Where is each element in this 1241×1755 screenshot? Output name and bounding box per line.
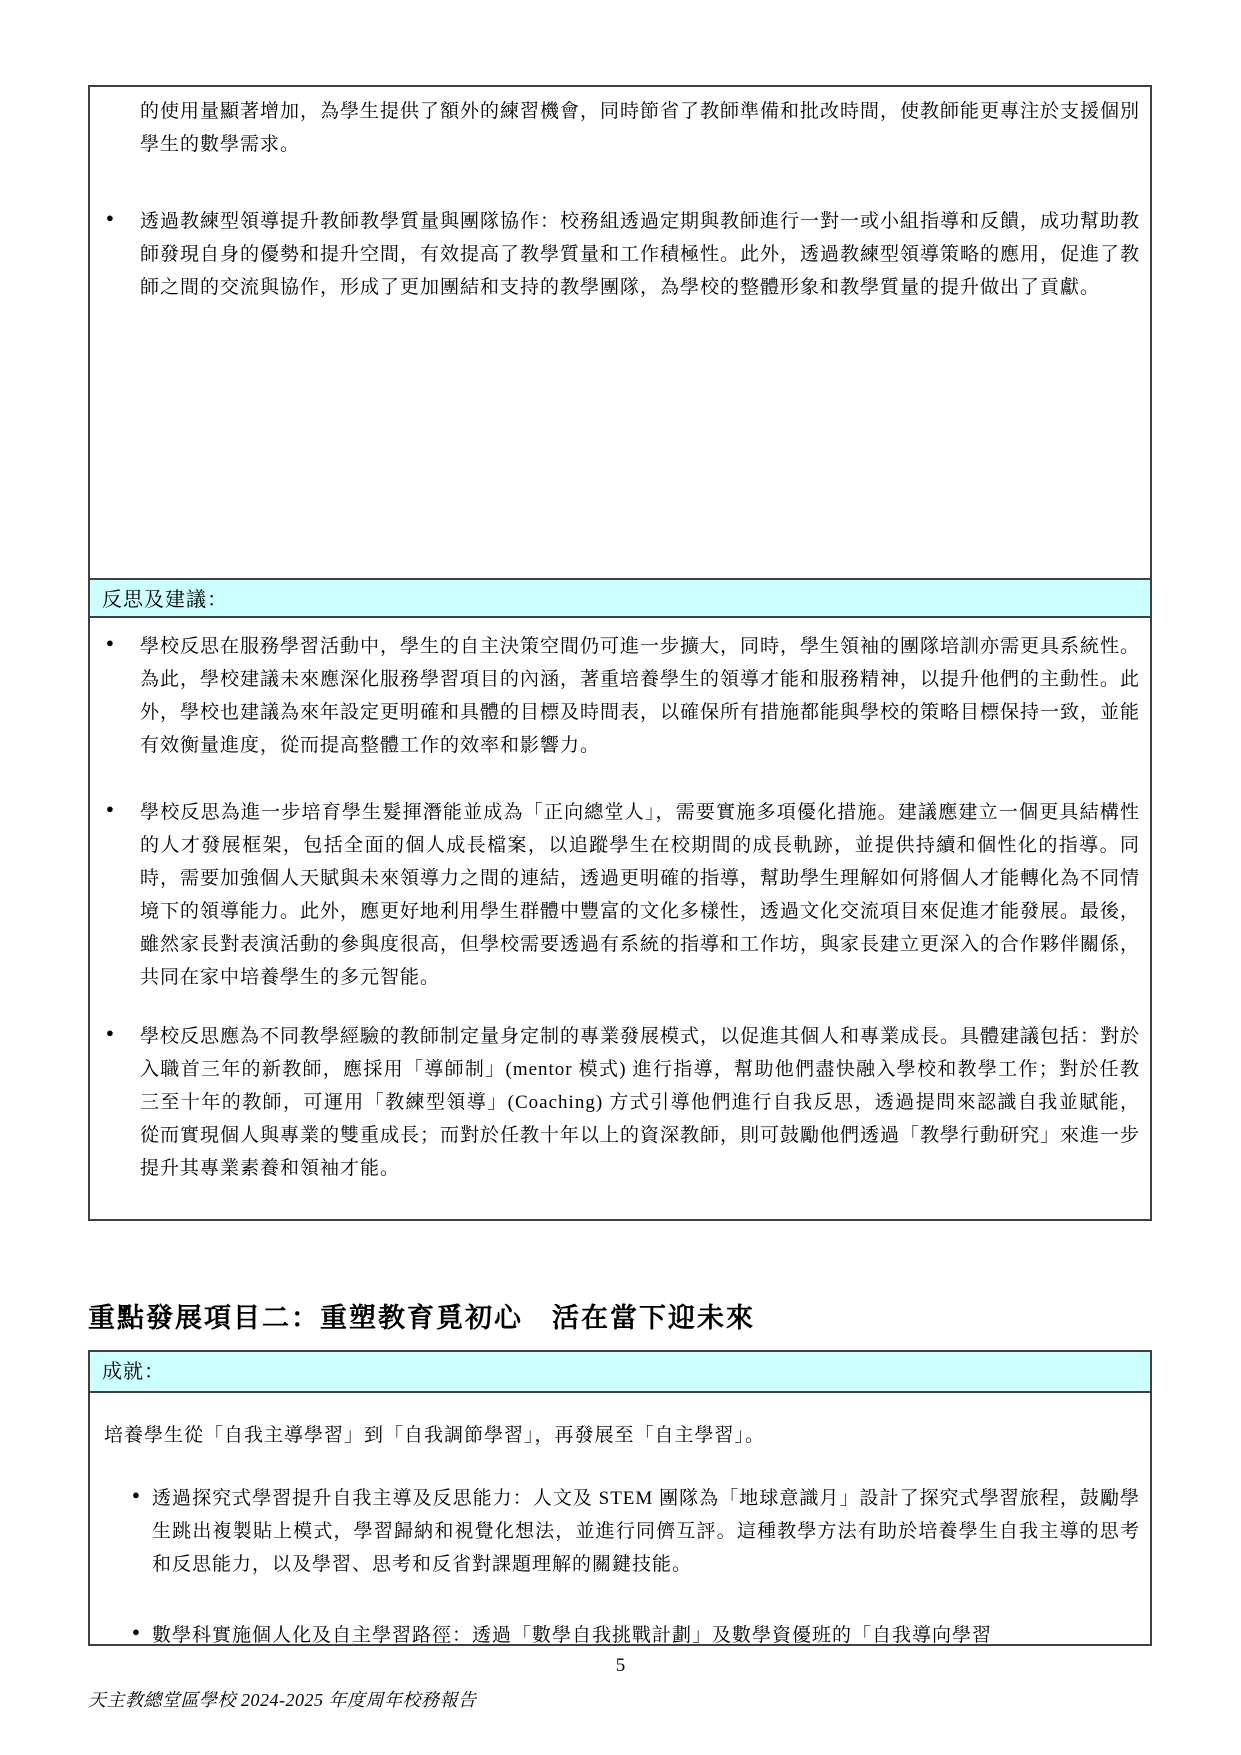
list-item-text: 數學科實施個人化及自主學習路徑：透過「數學自我挑戰計劃」及數學資優班的「自我導向… — [152, 1619, 1140, 1646]
achievement-cell: 培養學生從「自我主導學習」到「自我調節學習」，再發展至「自主學習」。 ● 透過探… — [90, 1393, 1150, 1646]
achievement-header-label: 成就： — [102, 1361, 165, 1383]
list-item: ● 學校反思應為不同教學經驗的教師制定量身定制的專業發展模式，以促進其個人和專業… — [90, 1020, 1140, 1185]
reflection-header-label: 反思及建議： — [102, 589, 228, 611]
achievement-intro: 培養學生從「自我主導學習」到「自我調節學習」，再發展至「自主學習」。 — [104, 1419, 1140, 1452]
bullet-icon: ● — [132, 1624, 140, 1640]
project-two-table: 成就： 培養學生從「自我主導學習」到「自我調節學習」，再發展至「自主學習」。 ●… — [88, 1350, 1152, 1646]
reflection-cell: ● 學校反思在服務學習活動中，學生的自主決策空間仍可進一步擴大，同時，學生領袖的… — [90, 618, 1150, 1185]
list-item-text: 透過探究式學習提升自我主導及反思能力：人文及 STEM 團隊為「地球意識月」設計… — [152, 1482, 1140, 1581]
list-item: ● 透過探究式學習提升自我主導及反思能力：人文及 STEM 團隊為「地球意識月」… — [104, 1482, 1140, 1581]
list-item: ● 學校反思在服務學習活動中，學生的自主決策空間仍可進一步擴大，同時，學生領袖的… — [90, 630, 1140, 762]
footer-text: 天主教總堂區學校 2024-2025 年度周年校務報告 — [88, 1686, 477, 1712]
page-number: 5 — [0, 1655, 1241, 1677]
achievement-header-row: 成就： — [90, 1352, 1150, 1393]
list-item-text: 透過教練型領導提升教師教學質量與團隊協作：校務組透過定期與教師進行一對一或小組指… — [140, 205, 1140, 304]
list-item: ● 透過教練型領導提升教師教學質量與團隊協作：校務組透過定期與教師進行一對一或小… — [90, 205, 1140, 304]
achievement-continued-cell: 的使用量顯著增加，為學生提供了額外的練習機會，同時節省了教師準備和批改時間，使教… — [90, 87, 1150, 578]
list-item: ● 學校反思為進一步培育學生髮揮潛能並成為「正向總堂人」，需要實施多項優化措施。… — [90, 796, 1140, 994]
bullet-icon: ● — [132, 1487, 140, 1503]
list-item: ● 數學科實施個人化及自主學習路徑：透過「數學自我挑戰計劃」及數學資優班的「自我… — [104, 1619, 1140, 1646]
list-item-text: 學校反思在服務學習活動中，學生的自主決策空間仍可進一步擴大，同時，學生領袖的團隊… — [140, 630, 1140, 762]
list-item-text: 學校反思為進一步培育學生髮揮潛能並成為「正向總堂人」，需要實施多項優化措施。建議… — [140, 796, 1140, 994]
project-one-table: 的使用量顯著增加，為學生提供了額外的練習機會，同時節省了教師準備和批改時間，使教… — [88, 85, 1152, 1221]
bullet-icon: ● — [106, 1025, 114, 1041]
bullet-icon: ● — [106, 210, 114, 226]
reflection-header-row: 反思及建議： — [90, 578, 1150, 618]
list-item-text: 學校反思應為不同教學經驗的教師制定量身定制的專業發展模式，以促進其個人和專業成長… — [140, 1020, 1140, 1185]
bullet-icon: ● — [106, 801, 114, 817]
bullet-icon: ● — [106, 635, 114, 651]
carryover-paragraph: 的使用量顯著增加，為學生提供了額外的練習機會，同時節省了教師準備和批改時間，使教… — [90, 95, 1140, 161]
section-heading: 重點發展項目二：重塑教育覓初心 活在當下迎未來 — [88, 1298, 755, 1338]
